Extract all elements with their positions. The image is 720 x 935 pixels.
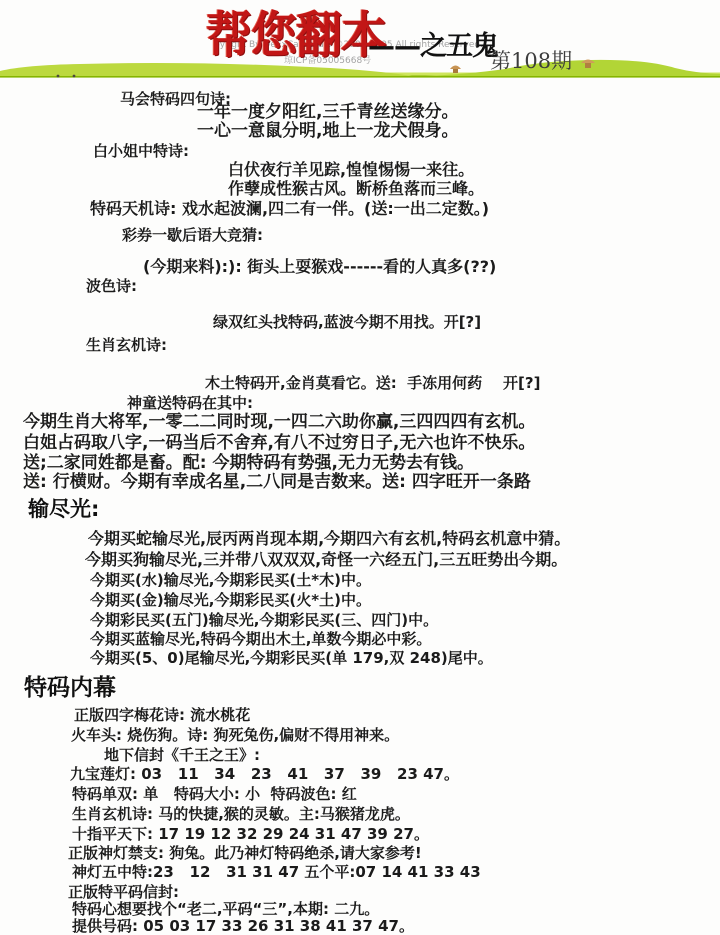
- neimu-line: 九宝莲灯: 03 11 34 23 41 37 39 23 47。: [70, 766, 459, 783]
- shentong-line: 白姐占码取八字,一码当后不舍弃,有八不过穷日子,无六也许不快乐。: [23, 434, 535, 453]
- neimu-line: 火车头: 烧伤狗。诗: 狗死兔伤,偏财不得用神来。: [71, 727, 399, 744]
- shujinguang-line: 今期买(金)输尽光,今期彩民买(火*土)中。: [90, 592, 371, 609]
- shujinguang-line: 今期买狗输尽光,三并带八双双双,奇怪一六经五门,三五旺势出今期。: [85, 551, 567, 569]
- miss-bai-label: 白小姐中特诗:: [93, 143, 189, 160]
- shengxiao-line: 木土特码开,金肖莫看它。送: 手冻用何药 开[?]: [205, 375, 540, 392]
- riddle-line: (今期来料):): 街头上耍猴戏------看的人真多(??): [143, 258, 496, 276]
- riddle-label: 彩券一歇后语大竞猜:: [122, 227, 263, 244]
- horse-poem-line: 一年一度夕阳红,三千青丝送缘分。: [197, 103, 458, 122]
- shentong-line: 送;二家同姓都是畜。配: 今期特码有势强,无力无势去有钱。: [23, 454, 474, 473]
- dot: [73, 75, 76, 78]
- page-title: 帮您翻本: [206, 0, 386, 67]
- neimu-line: 神灯五中特:23 12 31 31 47 五个平:07 14 41 33 43: [72, 864, 481, 881]
- neimu-header: 特码内幕: [24, 676, 116, 701]
- shentong-label: 神童送特码在其中:: [127, 395, 253, 412]
- neimu-line: 生肖玄机诗: 马的快捷,猴的灵敏。主:马猴猪龙虎。: [72, 806, 410, 823]
- page-subtitle: ——之五鬼: [368, 24, 498, 63]
- shujinguang-line: 今期买蓝输尽光,特码今期出木土,单数今期必中彩。: [90, 631, 431, 648]
- shujinguang-header: 输尽光:: [28, 498, 99, 521]
- dot: [57, 75, 60, 78]
- horse-poem-line: 一心一意鼠分明,地上一龙犬假身。: [197, 122, 458, 141]
- shujinguang-line: 今期买(水)输尽光,今期彩民买(土*木)中。: [90, 572, 371, 589]
- neimu-line: 十指平天下: 17 19 12 32 29 24 31 47 39 27。: [72, 826, 429, 843]
- issue-number: 第108期: [490, 45, 572, 75]
- shengxiao-label: 生肖玄机诗:: [86, 337, 167, 354]
- neimu-line: 特码心想要找个“老二,平码“三”,本期: 二九。: [72, 901, 379, 918]
- shujinguang-line: 今期彩民买(五门)输尽光,今期彩民买(三、四门)中。: [90, 612, 438, 629]
- mushroom-icon: [450, 66, 461, 74]
- miss-bai-line: 白伏夜行羊见踪,惶惶惕惕一来往。: [228, 161, 474, 179]
- neimu-line: 正版神灯禁支: 狗兔。此乃神灯特码绝杀,请大家参考!: [68, 845, 422, 862]
- neimu-line: 地下信封《千王之王》:: [104, 747, 260, 764]
- bose-line: 绿双红头找特码,蓝波今期不用找。开[?]: [213, 314, 481, 331]
- shentong-line: 送: 行横财。今期有幸成名星,二八同是吉数来。送: 四字旺开一条路: [23, 473, 531, 492]
- bose-label: 波色诗:: [86, 278, 137, 295]
- neimu-line: 特码单双: 单 特码大小: 小 特码波色: 红: [72, 786, 357, 803]
- tip-sheet-page: pyright By DeExCai studio ©2000-2005 All…: [0, 0, 720, 935]
- neimu-line: 提供号码: 05 03 17 33 26 31 38 41 37 47。: [72, 918, 414, 935]
- shujinguang-line: 今期买蛇输尽光,辰丙两肖现本期,今期四六有玄机,特码玄机意中猜。: [88, 530, 570, 548]
- shujinguang-line: 今期买(5、0)尾输尽光,今期彩民买(单 179,双 248)尾中。: [90, 650, 493, 667]
- neimu-line: 正版四字梅花诗: 流水桃花: [74, 707, 250, 724]
- tianji-line: 特码天机诗: 戏水起波澜,四二有一伴。(送:一出二定数。): [90, 200, 489, 218]
- shentong-line: 今期生肖大将军,一零二二同时现,一四二六助你赢,三四四四有玄机。: [23, 413, 535, 432]
- neimu-line: 正版特平码信封:: [68, 884, 179, 901]
- miss-bai-line: 作孽成性猴古风。断桥鱼落而三峰。: [228, 180, 484, 198]
